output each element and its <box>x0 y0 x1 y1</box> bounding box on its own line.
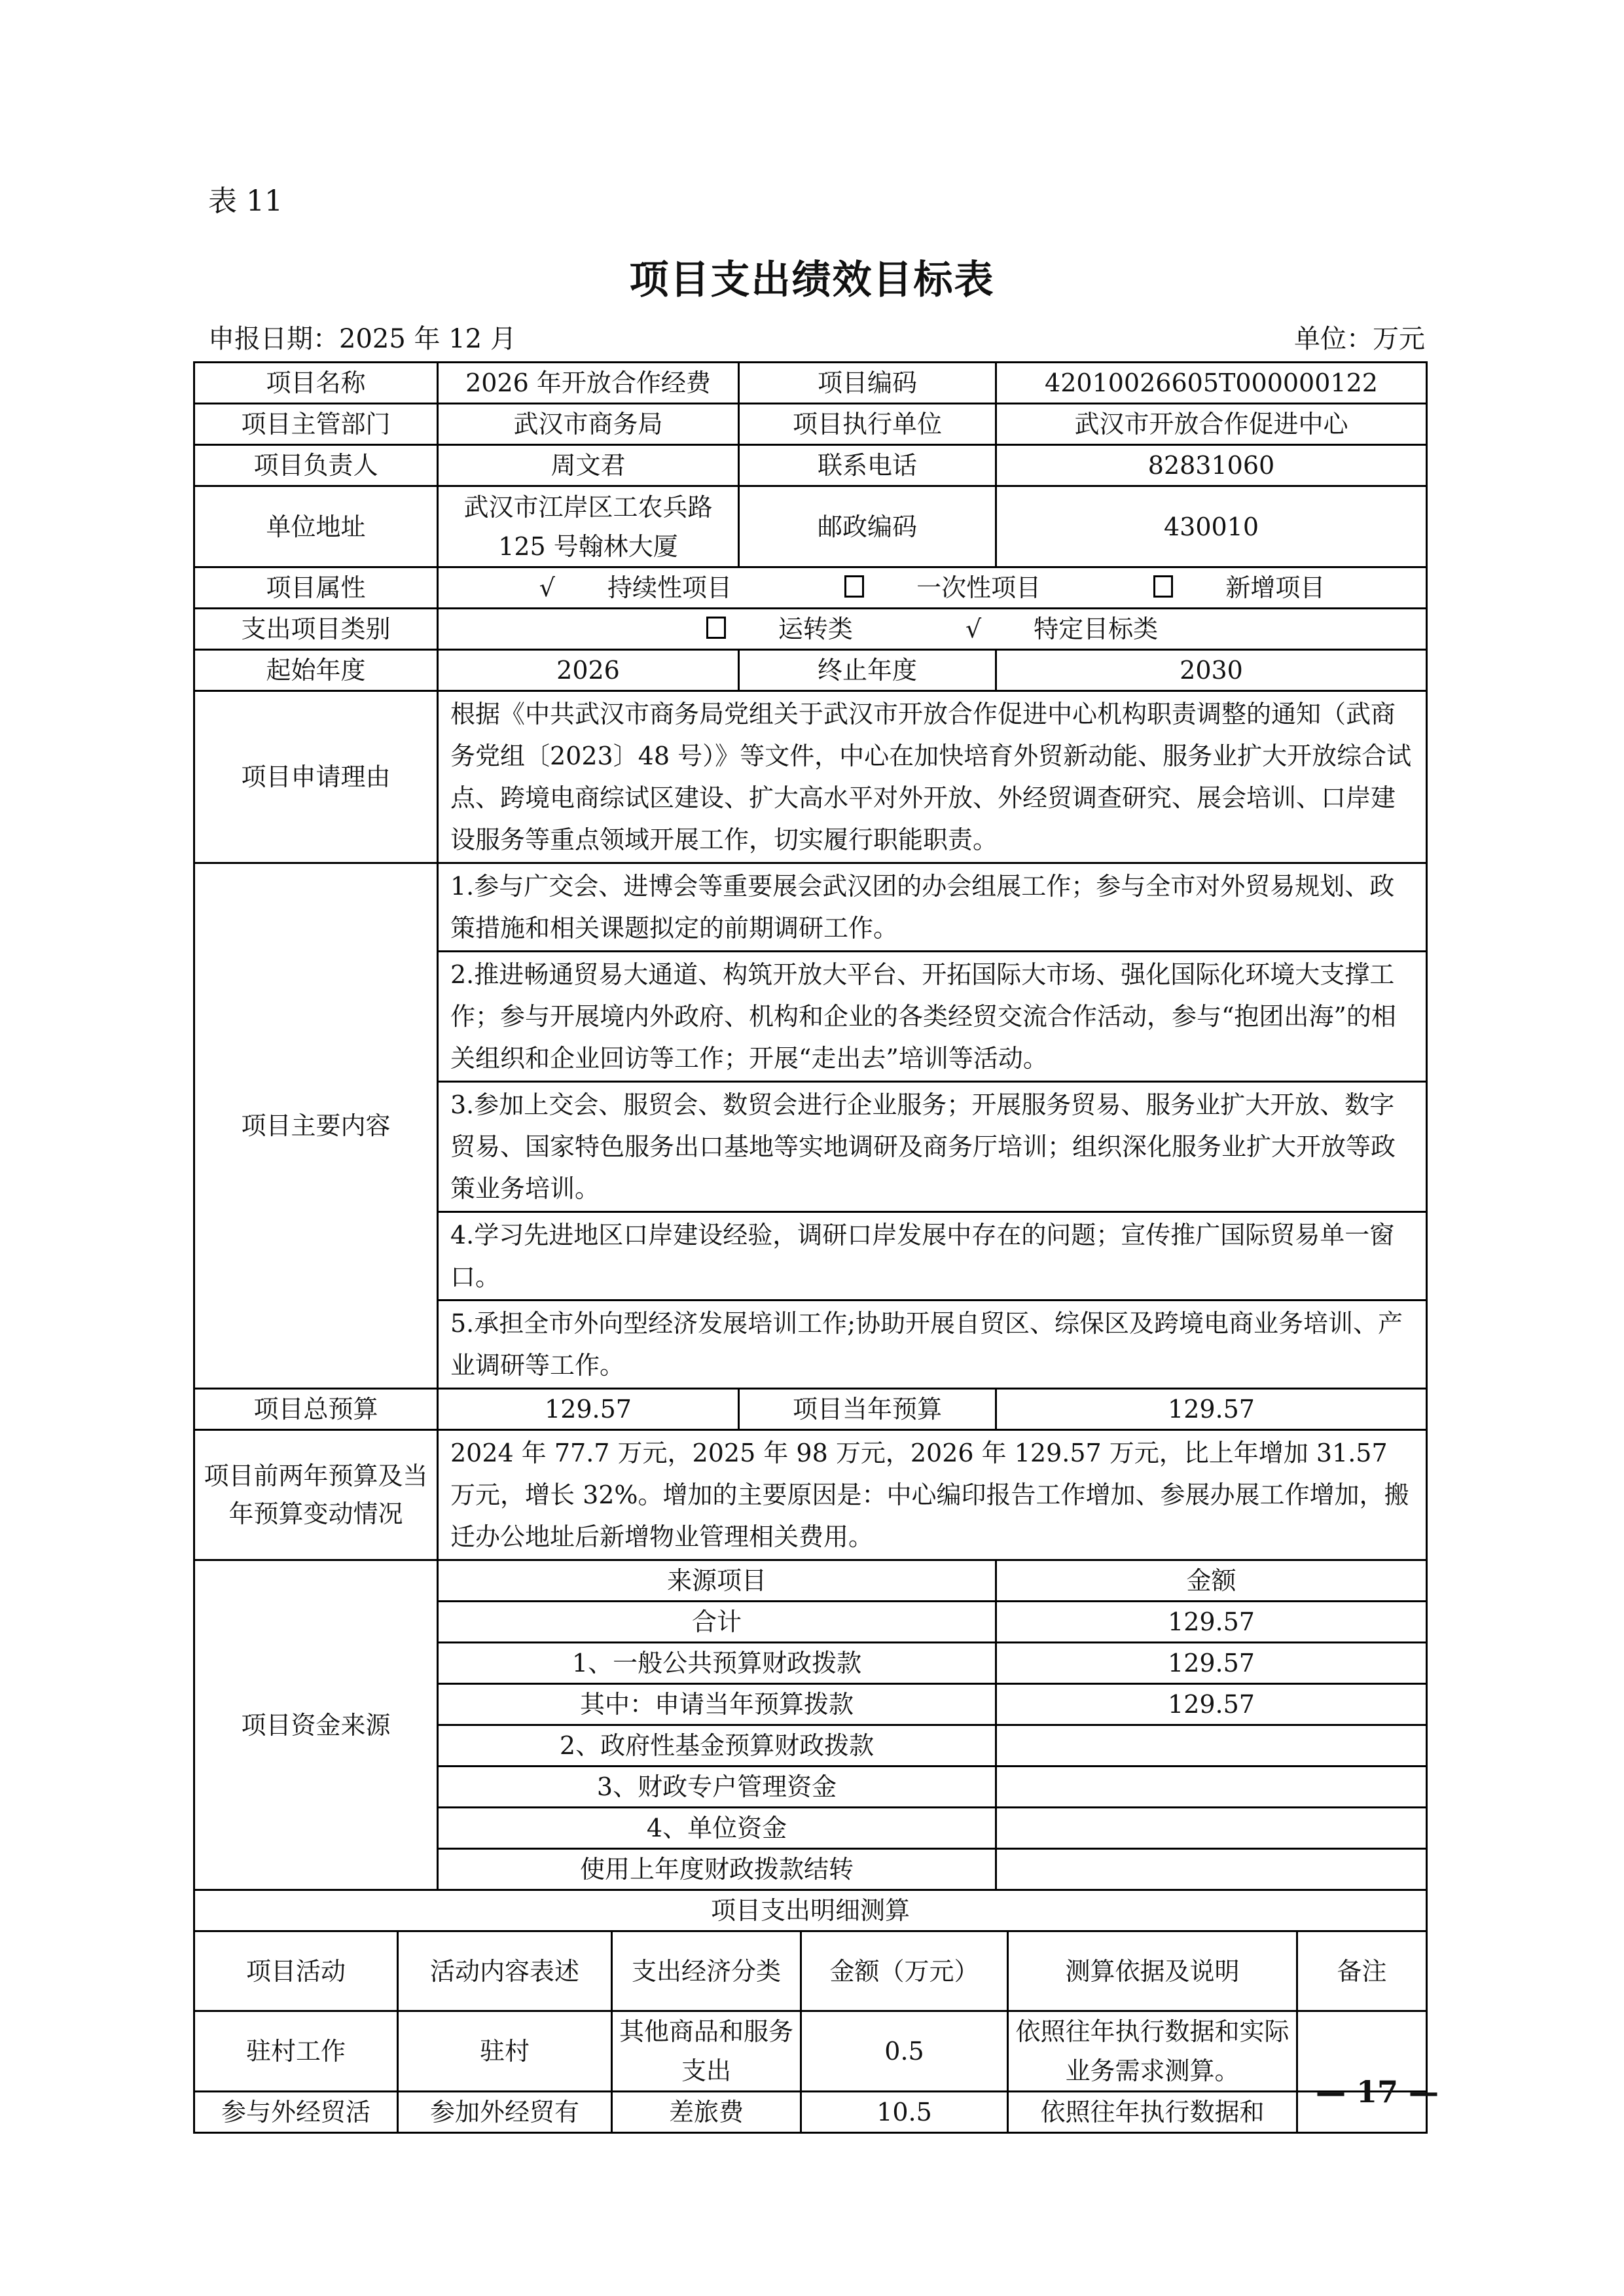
detail-category: 其他商品和服务支出 <box>612 2011 801 2092</box>
table-label: 表 11 <box>208 185 283 219</box>
performance-table: 项目名称 2026 年开放合作经费 项目编码 42010026605T00000… <box>193 361 1428 1932</box>
detail-basis: 依照往年执行数据和实际业务需求测算。 <box>1008 2011 1297 2092</box>
label-exec-unit: 项目执行单位 <box>739 404 996 445</box>
funding-amount: 129.57 <box>996 1684 1427 1725</box>
label-category: 支出项目类别 <box>194 609 438 650</box>
detail-content: 驻村 <box>398 2011 612 2092</box>
checkbox-label: 新增项目 <box>1225 573 1325 602</box>
label-phone: 联系电话 <box>739 445 996 486</box>
content-item: 5.承担全市外向型经济发展培训工作;协助开展自贸区、综保区及跨境电商业务培训、产… <box>438 1300 1427 1389</box>
checkbox-label: 特定目标类 <box>1034 615 1158 643</box>
address-line-1: 武汉市江岸区工农兵路 <box>444 488 732 527</box>
funding-amount: 129.57 <box>996 1643 1427 1684</box>
detail-header: 项目活动 <box>194 1931 398 2011</box>
funding-amount <box>996 1767 1427 1808</box>
value-address: 武汉市江岸区工农兵路 125 号翰林大厦 <box>438 486 739 567</box>
value-leader: 周文君 <box>438 445 739 486</box>
funding-source: 3、财政专户管理资金 <box>438 1767 996 1808</box>
value-end-year: 2030 <box>996 650 1427 691</box>
label-postcode: 邮政编码 <box>739 486 996 567</box>
row-detail-title: 项目支出明细测算 <box>194 1890 1427 1931</box>
value-phone: 82831060 <box>996 445 1427 486</box>
detail-header: 活动内容表述 <box>398 1931 612 2011</box>
page-title: 项目支出绩效目标表 <box>0 257 1624 304</box>
empty-box-icon <box>1153 575 1173 598</box>
check-mark-icon: √ <box>965 615 981 643</box>
checkbox-one-time[interactable]: 一次性项目 <box>818 573 1067 602</box>
address-line-2: 125 号翰林大厦 <box>444 527 732 566</box>
label-start-year: 起始年度 <box>194 650 438 691</box>
funding-source: 使用上年度财政拨款结转 <box>438 1849 996 1890</box>
row-dept: 项目主管部门 武汉市商务局 项目执行单位 武汉市开放合作促进中心 <box>194 404 1427 445</box>
funding-source: 1、一般公共预算财政拨款 <box>438 1643 996 1684</box>
checkbox-new[interactable]: 新增项目 <box>1127 573 1351 602</box>
label-project-name: 项目名称 <box>194 363 438 404</box>
checkbox-operating[interactable]: 运转类 <box>680 615 879 643</box>
detail-amount: 10.5 <box>801 2092 1008 2133</box>
checkbox-continuous[interactable]: √持续性项目 <box>513 573 758 602</box>
funding-source: 4、单位资金 <box>438 1808 996 1849</box>
label-total-budget: 项目总预算 <box>194 1389 438 1430</box>
label-funding: 项目资金来源 <box>194 1560 438 1890</box>
content-item: 4.学习先进地区口岸建设经验，调研口岸发展中存在的问题；宣传推广国际贸易单一窗口… <box>438 1212 1427 1300</box>
row-address: 单位地址 武汉市江岸区工农兵路 125 号翰林大厦 邮政编码 430010 <box>194 486 1427 567</box>
row-reason: 项目申请理由 根据《中共武汉市商务局党组关于武汉市开放合作促进中心机构职责调整的… <box>194 691 1427 863</box>
unit-label: 单位：万元 <box>1294 323 1425 355</box>
check-mark-icon: √ <box>539 573 555 602</box>
label-dept: 项目主管部门 <box>194 404 438 445</box>
detail-activity: 驻村工作 <box>194 2011 398 2092</box>
label-project-code: 项目编码 <box>739 363 996 404</box>
value-project-code: 42010026605T000000122 <box>996 363 1427 404</box>
page-number: — 17 — <box>1316 2073 1439 2110</box>
funding-amount <box>996 1725 1427 1767</box>
empty-box-icon <box>844 575 864 598</box>
value-dept: 武汉市商务局 <box>438 404 739 445</box>
label-leader: 项目负责人 <box>194 445 438 486</box>
row-funding-header: 项目资金来源 来源项目 金额 <box>194 1560 1427 1602</box>
content-item: 1.参与广交会、进博会等重要展会武汉团的办会组展工作；参与全市对外贸易规划、政策… <box>438 863 1427 952</box>
detail-row: 驻村工作 驻村 其他商品和服务支出 0.5 依照往年执行数据和实际业务需求测算。 <box>194 2011 1427 2092</box>
report-date: 申报日期：2025 年 12 月 <box>208 323 516 355</box>
label-attribute: 项目属性 <box>194 567 438 609</box>
row-budget: 项目总预算 129.57 项目当年预算 129.57 <box>194 1389 1427 1430</box>
detail-header: 金额（万元） <box>801 1931 1008 2011</box>
row-budget-change: 项目前两年预算及当年预算变动情况 2024 年 77.7 万元，2025 年 9… <box>194 1430 1427 1560</box>
funding-source: 2、政府性基金预算财政拨款 <box>438 1725 996 1767</box>
detail-content: 参加外经贸有 <box>398 2092 612 2133</box>
row-attribute: 项目属性 √持续性项目 一次性项目 新增项目 <box>194 567 1427 609</box>
row-content-1: 项目主要内容 1.参与广交会、进博会等重要展会武汉团的办会组展工作；参与全市对外… <box>194 863 1427 952</box>
content-item: 3.参加上交会、服贸会、数贸会进行企业服务；开展服务贸易、服务业扩大开放、数字贸… <box>438 1082 1427 1212</box>
detail-category: 差旅费 <box>612 2092 801 2133</box>
label-content: 项目主要内容 <box>194 863 438 1389</box>
funding-header-source: 来源项目 <box>438 1560 996 1602</box>
value-reason: 根据《中共武汉市商务局党组关于武汉市开放合作促进中心机构职责调整的通知（武商务党… <box>438 691 1427 863</box>
label-current-budget: 项目当年预算 <box>739 1389 996 1430</box>
value-current-budget: 129.57 <box>996 1389 1427 1430</box>
detail-header: 备注 <box>1297 1931 1427 2011</box>
content-item: 2.推进畅通贸易大通道、构筑开放大平台、开拓国际大市场、强化国际化环境大支撑工作… <box>438 952 1427 1082</box>
value-total-budget: 129.57 <box>438 1389 739 1430</box>
checkbox-label: 运转类 <box>778 615 853 643</box>
detail-table: 项目活动 活动内容表述 支出经济分类 金额（万元） 测算依据及说明 备注 驻村工… <box>193 1930 1428 2134</box>
funding-amount <box>996 1849 1427 1890</box>
value-project-name: 2026 年开放合作经费 <box>438 363 739 404</box>
empty-box-icon <box>706 617 726 639</box>
value-start-year: 2026 <box>438 650 739 691</box>
detail-activity: 参与外经贸活 <box>194 2092 398 2133</box>
value-budget-change: 2024 年 77.7 万元，2025 年 98 万元，2026 年 129.5… <box>438 1430 1427 1560</box>
category-options: 运转类 √特定目标类 <box>438 609 1427 650</box>
row-years: 起始年度 2026 终止年度 2030 <box>194 650 1427 691</box>
row-category: 支出项目类别 运转类 √特定目标类 <box>194 609 1427 650</box>
label-address: 单位地址 <box>194 486 438 567</box>
checkbox-label: 持续性项目 <box>607 573 732 602</box>
meta-row: 申报日期：2025 年 12 月 单位：万元 <box>208 323 1425 355</box>
funding-amount: 129.57 <box>996 1602 1427 1643</box>
row-project-name: 项目名称 2026 年开放合作经费 项目编码 42010026605T00000… <box>194 363 1427 404</box>
detail-section-title: 项目支出明细测算 <box>194 1890 1427 1931</box>
detail-header: 支出经济分类 <box>612 1931 801 2011</box>
detail-basis: 依照往年执行数据和 <box>1008 2092 1297 2133</box>
funding-source: 其中：申请当年预算拨款 <box>438 1684 996 1725</box>
detail-amount: 0.5 <box>801 2011 1008 2092</box>
label-end-year: 终止年度 <box>739 650 996 691</box>
detail-header-row: 项目活动 活动内容表述 支出经济分类 金额（万元） 测算依据及说明 备注 <box>194 1931 1427 2011</box>
detail-row: 参与外经贸活 参加外经贸有 差旅费 10.5 依照往年执行数据和 <box>194 2092 1427 2133</box>
label-budget-change: 项目前两年预算及当年预算变动情况 <box>194 1430 438 1560</box>
label-reason: 项目申请理由 <box>194 691 438 863</box>
row-leader: 项目负责人 周文君 联系电话 82831060 <box>194 445 1427 486</box>
funding-amount <box>996 1808 1427 1849</box>
funding-header-amount: 金额 <box>996 1560 1427 1602</box>
checkbox-specific-target[interactable]: √特定目标类 <box>939 615 1184 643</box>
value-postcode: 430010 <box>996 486 1427 567</box>
detail-header: 测算依据及说明 <box>1008 1931 1297 2011</box>
value-exec-unit: 武汉市开放合作促进中心 <box>996 404 1427 445</box>
attribute-options: √持续性项目 一次性项目 新增项目 <box>438 567 1427 609</box>
funding-source: 合计 <box>438 1602 996 1643</box>
checkbox-label: 一次性项目 <box>916 573 1041 602</box>
